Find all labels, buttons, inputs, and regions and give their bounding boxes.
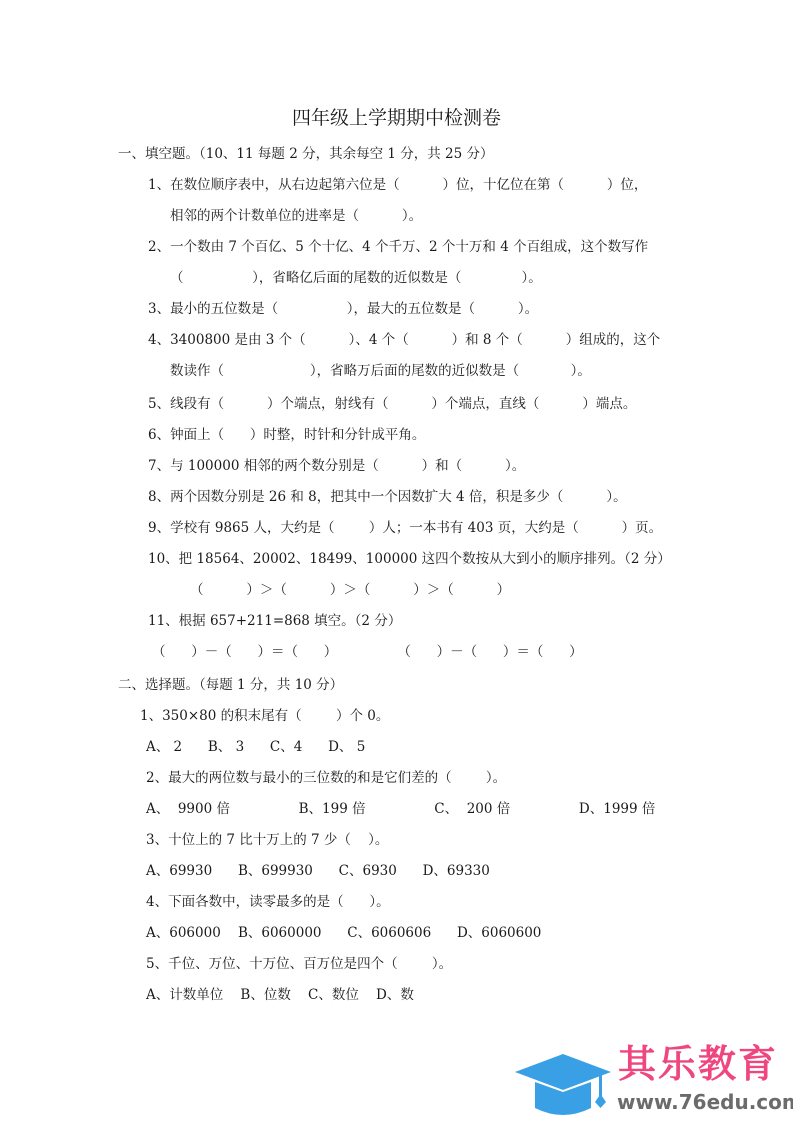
question-line: 10、把 18564、20002、18499、100000 这四个数按从大到小的…	[148, 550, 671, 568]
brand-logo: 其乐教育 www.76edu.com	[505, 1042, 790, 1122]
question-line: 6、钟面上（ ）时整，时针和分针成平角。	[148, 426, 425, 444]
brand-name: 其乐教育	[618, 1042, 778, 1086]
question-line: 1、在数位顺序表中，从右边起第六位是（ ）位，十亿位在第（ ）位，	[148, 176, 647, 194]
section-heading-fill-in: 一、填空题。（10、11 每题 2 分，其余每空 1 分，共 25 分）	[118, 145, 494, 163]
question-line: 7、与 100000 相邻的两个数分别是（ ）和（ ）。	[148, 457, 525, 475]
question-line: 数读作（ ），省略万后面的尾数的近似数是（ ）。	[170, 362, 591, 380]
question-line: 2、最大的两位数与最小的三位数的和是它们差的（ ）。	[146, 769, 506, 787]
question-line: 3、最小的五位数是（ ），最大的五位数是（ ）。	[148, 300, 538, 318]
question-line: 4、下面各数中，读零最多的是（ ）。	[146, 893, 390, 911]
brand-url: www.76edu.com	[617, 1090, 793, 1114]
question-line: 8、两个因数分别是 26 和 8，把其中一个因数扩大 4 倍，积是多少（ ）。	[148, 488, 627, 506]
question-line: 2、一个数由 7 个百亿、5 个十亿、4 个千万、2 个十万和 4 个百组成，这…	[148, 238, 648, 256]
question-line: 5、线段有（ ）个端点，射线有（ ）个端点，直线（ ）端点。	[148, 395, 636, 413]
graduation-cap-icon	[513, 1052, 613, 1118]
question-line: 9、学校有 9865 人，大约是（ ）人；一本书有 403 页，大约是（ ）页。	[148, 519, 662, 537]
options-line: A、计数单位 B、位数 C、数位 D、数	[146, 986, 414, 1004]
question-line: 3、十位上的 7 比十万上的 7 少（ ）。	[146, 831, 388, 849]
question-line: （ ）－（ ）＝（ ） （ ）－（ ）＝（ ）	[152, 643, 583, 661]
question-line: （ ）＞（ ）＞（ ）＞（ ）	[190, 581, 510, 599]
options-line: A、 2 B、 3 C、4 D、 5	[146, 738, 365, 756]
question-line: 5、千位、万位、十万位、百万位是四个（ ）。	[146, 955, 452, 973]
question-line: 1、350×80 的积末尾有（ ）个 0。	[140, 707, 389, 725]
question-line: （ ），省略亿后面的尾数的近似数是（ ）。	[170, 269, 542, 287]
question-line: 4、3400800 是由 3 个（ ）、4 个（ ）和 8 个（ ）组成的，这个	[148, 331, 660, 349]
question-line: 11、根据 657+211=868 填空。（2 分）	[148, 612, 401, 630]
page-title: 四年级上学期期中检测卷	[0, 106, 793, 130]
options-line: A、 9900 倍 B、199 倍 C、 200 倍 D、1999 倍	[146, 800, 655, 818]
section-heading-multiple-choice: 二、选择题。（每题 1 分，共 10 分）	[118, 676, 343, 694]
options-line: A、69930 B、699930 C、6930 D、69330	[146, 862, 490, 880]
options-line: A、606000 B、6060000 C、6060606 D、6060600	[146, 924, 541, 942]
question-line: 相邻的两个计数单位的进率是（ ）。	[170, 207, 422, 225]
